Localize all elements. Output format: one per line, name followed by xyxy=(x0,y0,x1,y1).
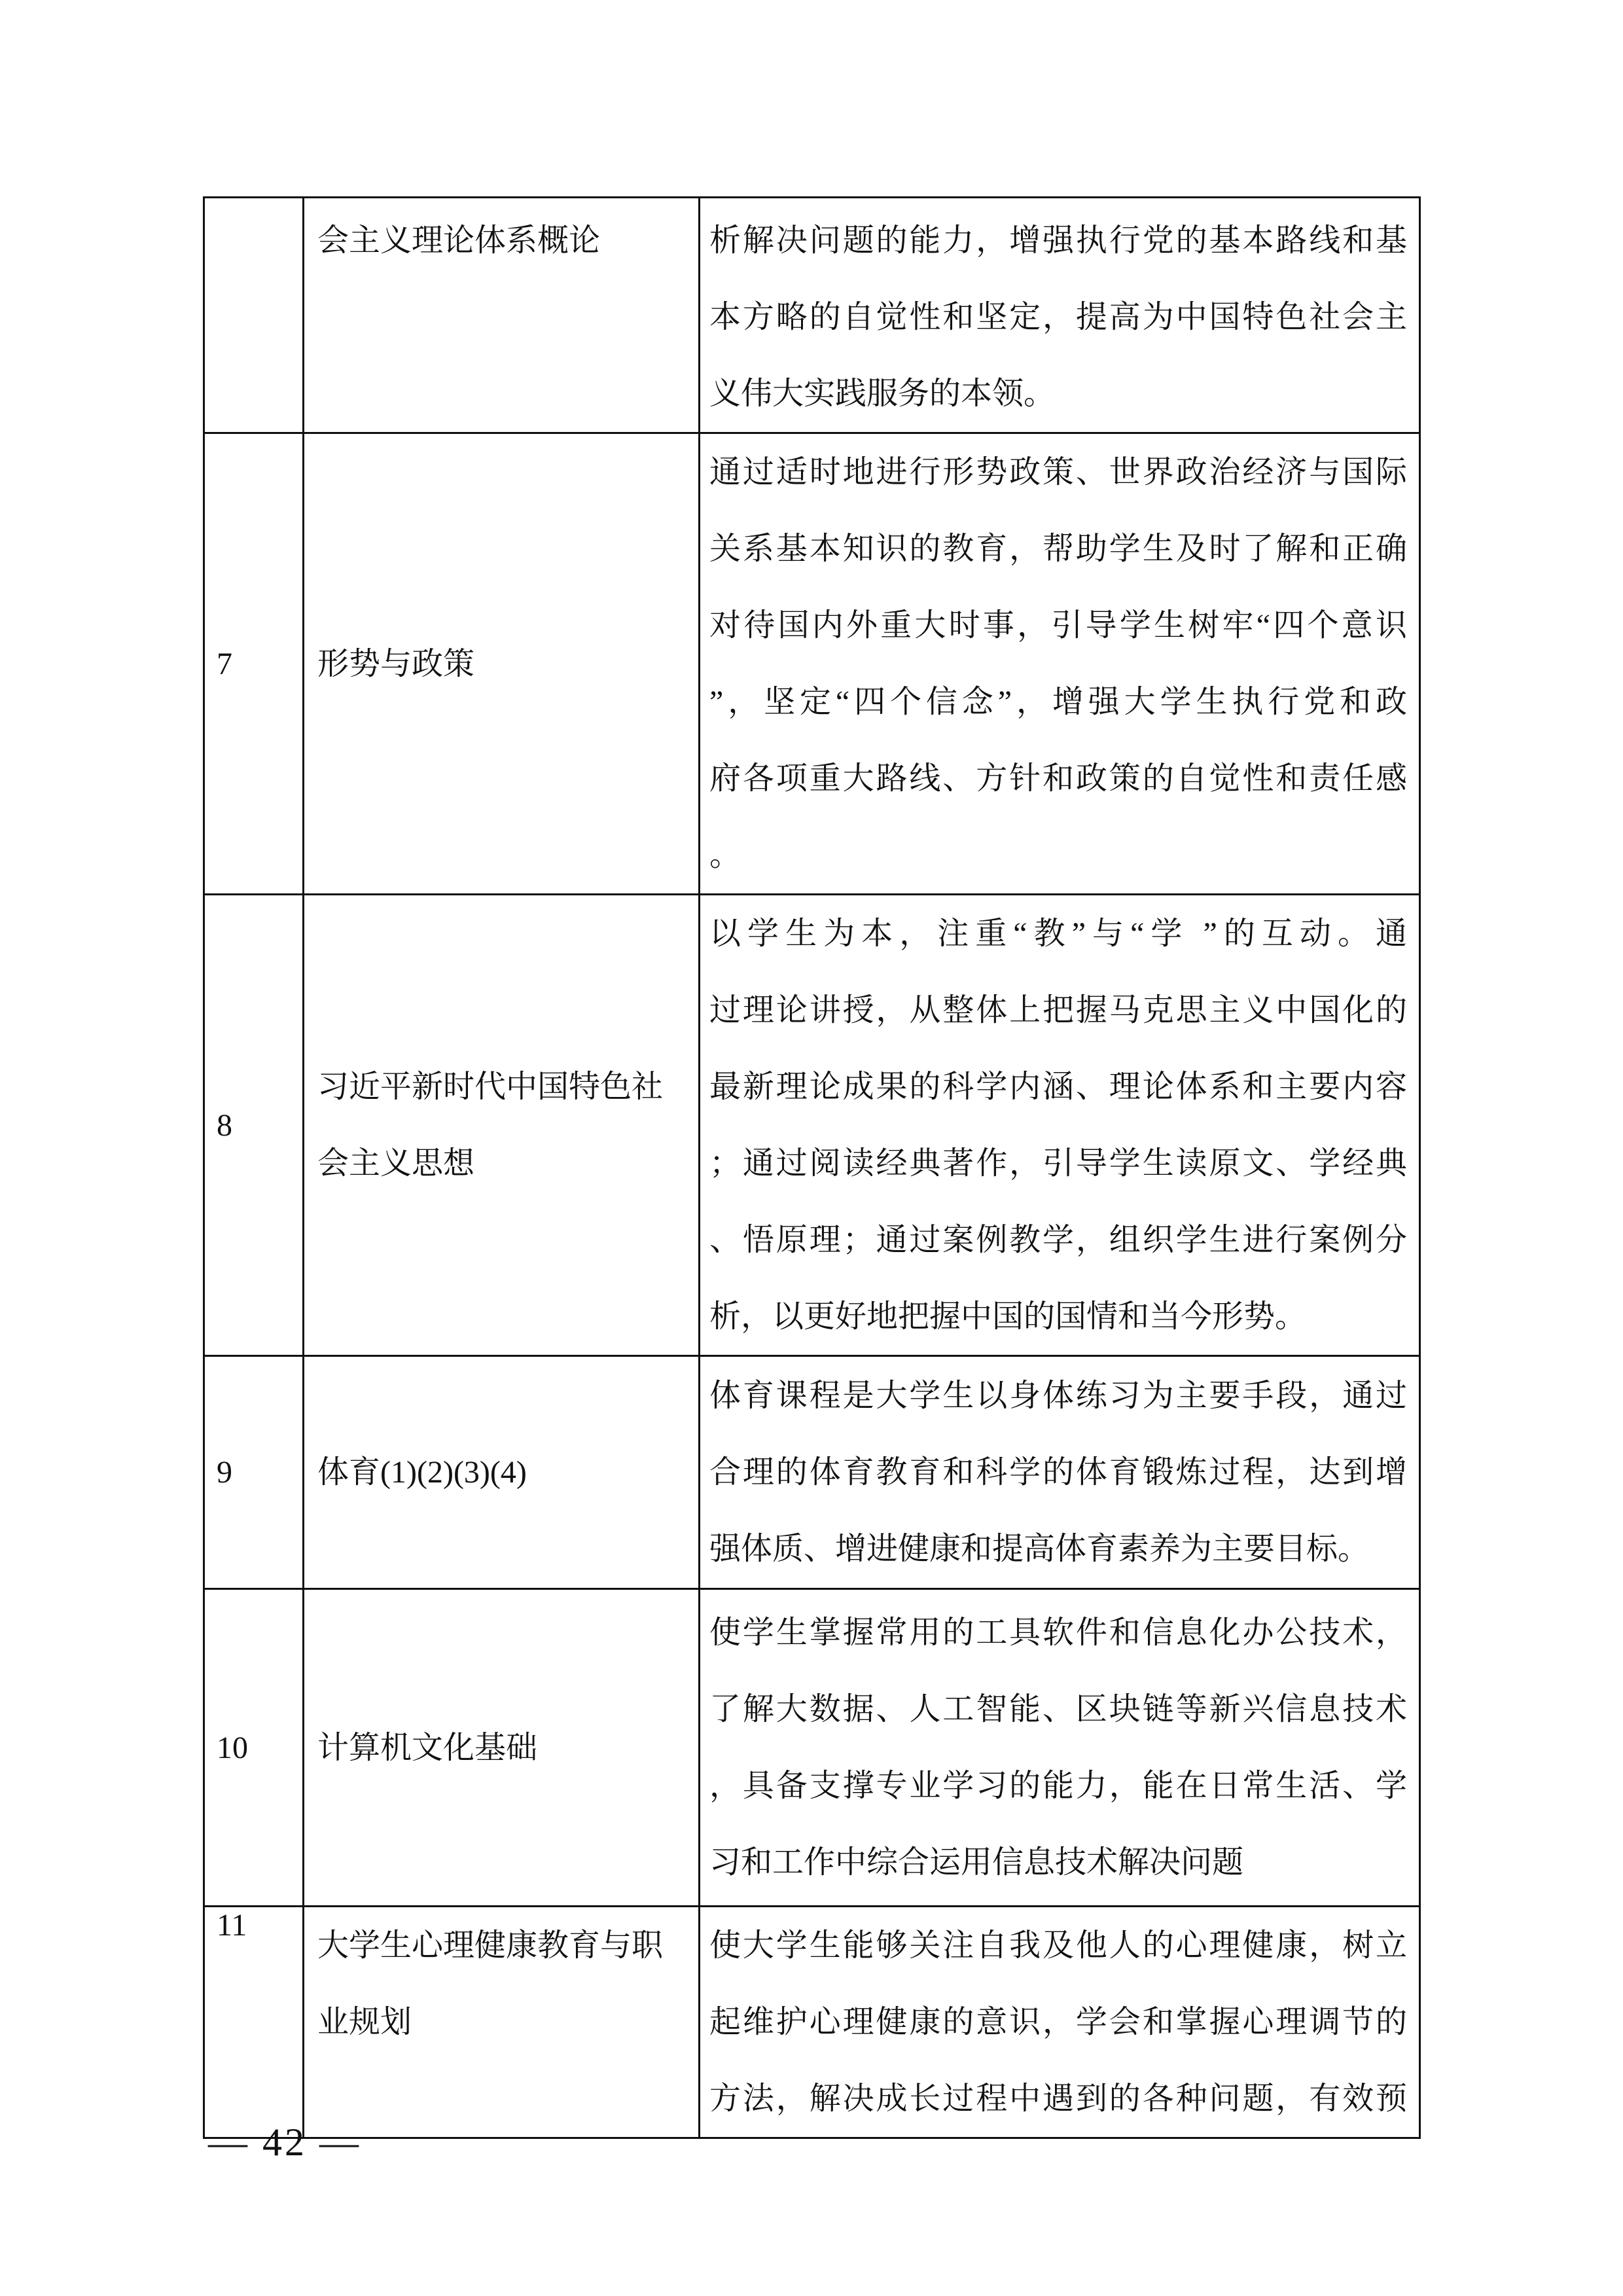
text-line: 了解大数据、人工智能、区块链等新兴信息技术 xyxy=(709,1671,1407,1748)
table-row: 7形势与政策通过适时地进行形势政策、世界政治经济与国际关系基本知识的教育，帮助学… xyxy=(204,433,1420,895)
text-line: 。 xyxy=(709,817,1407,893)
text-line: 本方略的自觉性和坚定，提高为中国特色社会主 xyxy=(709,279,1407,355)
text-line: 最新理论成果的科学内涵、理论体系和主要内容 xyxy=(709,1049,1407,1125)
text-line: 会主义思想 xyxy=(317,1125,687,1202)
row-number-cell: 9 xyxy=(204,1356,304,1589)
text-line: 使大学生能够关注自我及他人的心理健康，树立 xyxy=(709,1907,1407,1984)
text-line: 会主义理论体系概论 xyxy=(317,202,687,279)
text-line: 析解决问题的能力，增强执行党的基本路线和基 xyxy=(709,202,1407,279)
text-line: 体育(1)(2)(3)(4) xyxy=(317,1434,687,1511)
course-table-body: 会主义理论体系概论析解决问题的能力，增强执行党的基本路线和基本方略的自觉性和坚定… xyxy=(204,198,1420,2138)
text-line: 府各项重大路线、方针和政策的自觉性和责任感 xyxy=(709,740,1407,817)
text-line: 习和工作中综合运用信息技术解决问题 xyxy=(709,1824,1407,1901)
table-row: 8习近平新时代中国特色社会主义思想以学生为本，注重“教”与“学 ”的互动。通过理… xyxy=(204,895,1420,1356)
text-line: ；通过阅读经典著作，引导学生读原文、学经典 xyxy=(709,1125,1407,1202)
course-name-cell: 会主义理论体系概论 xyxy=(304,198,700,433)
table-row: 11大学生心理健康教育与职业规划使大学生能够关注自我及他人的心理健康，树立起维护… xyxy=(204,1907,1420,2138)
text-line: 强体质、增进健康和提高体育素养为主要目标。 xyxy=(709,1511,1407,1587)
text-line: 形势与政策 xyxy=(317,626,687,702)
text-line: 业规划 xyxy=(317,1984,687,2060)
page-number: — 42 — xyxy=(208,2119,378,2165)
course-description-cell: 析解决问题的能力，增强执行党的基本路线和基本方略的自觉性和坚定，提高为中国特色社… xyxy=(700,198,1420,433)
table-row: 10计算机文化基础使学生掌握常用的工具软件和信息化办公技术，了解大数据、人工智能… xyxy=(204,1589,1420,1907)
course-description-cell: 以学生为本，注重“教”与“学 ”的互动。通过理论讲授，从整体上把握马克思主义中国… xyxy=(700,895,1420,1356)
row-number-cell xyxy=(204,198,304,433)
text-line: 析，以更好地把握中国的国情和当今形势。 xyxy=(709,1278,1407,1355)
row-number-cell: 11 xyxy=(204,1907,304,2138)
text-line: 对待国内外重大时事，引导学生树牢“四个意识 xyxy=(709,587,1407,664)
text-line: ，具备支撑专业学习的能力，能在日常生活、学 xyxy=(709,1748,1407,1824)
course-name-cell: 大学生心理健康教育与职业规划 xyxy=(304,1907,700,2138)
text-line: 体育课程是大学生以身体练习为主要手段，通过 xyxy=(709,1357,1407,1434)
course-name-cell: 体育(1)(2)(3)(4) xyxy=(304,1356,700,1589)
text-line: ”，坚定“四个信念”，增强大学生执行党和政 xyxy=(709,664,1407,740)
course-name-cell: 计算机文化基础 xyxy=(304,1589,700,1907)
course-description-cell: 使大学生能够关注自我及他人的心理健康，树立起维护心理健康的意识，学会和掌握心理调… xyxy=(700,1907,1420,2138)
text-line: 使学生掌握常用的工具软件和信息化办公技术， xyxy=(709,1594,1407,1671)
text-line: 起维护心理健康的意识，学会和掌握心理调节的 xyxy=(709,1984,1407,2060)
text-line: 通过适时地进行形势政策、世界政治经济与国际 xyxy=(709,434,1407,511)
course-name-cell: 习近平新时代中国特色社会主义思想 xyxy=(304,895,700,1356)
course-name-cell: 形势与政策 xyxy=(304,433,700,895)
text-line: 习近平新时代中国特色社 xyxy=(317,1049,687,1125)
row-number-cell: 10 xyxy=(204,1589,304,1907)
course-description-cell: 体育课程是大学生以身体练习为主要手段，通过合理的体育教育和科学的体育锻炼过程，达… xyxy=(700,1356,1420,1589)
text-line: 合理的体育教育和科学的体育锻炼过程，达到增 xyxy=(709,1434,1407,1511)
course-table: 会主义理论体系概论析解决问题的能力，增强执行党的基本路线和基本方略的自觉性和坚定… xyxy=(203,196,1421,2139)
table-row: 9体育(1)(2)(3)(4)体育课程是大学生以身体练习为主要手段，通过合理的体… xyxy=(204,1356,1420,1589)
course-description-cell: 通过适时地进行形势政策、世界政治经济与国际关系基本知识的教育，帮助学生及时了解和… xyxy=(700,433,1420,895)
table-row: 会主义理论体系概论析解决问题的能力，增强执行党的基本路线和基本方略的自觉性和坚定… xyxy=(204,198,1420,433)
text-line: 、悟原理；通过案例教学，组织学生进行案例分 xyxy=(709,1202,1407,1278)
text-line: 义伟大实践服务的本领。 xyxy=(709,355,1407,432)
course-description-cell: 使学生掌握常用的工具软件和信息化办公技术，了解大数据、人工智能、区块链等新兴信息… xyxy=(700,1589,1420,1907)
text-line: 过理论讲授，从整体上把握马克思主义中国化的 xyxy=(709,972,1407,1049)
row-number-cell: 8 xyxy=(204,895,304,1356)
text-line: 关系基本知识的教育，帮助学生及时了解和正确 xyxy=(709,511,1407,587)
row-number-cell: 7 xyxy=(204,433,304,895)
text-line: 大学生心理健康教育与职 xyxy=(317,1907,687,1984)
text-line: 以学生为本，注重“教”与“学 ”的互动。通 xyxy=(709,895,1407,972)
text-line: 计算机文化基础 xyxy=(317,1710,687,1786)
text-line: 方法，解决成长过程中遇到的各种问题，有效预 xyxy=(709,2060,1407,2137)
